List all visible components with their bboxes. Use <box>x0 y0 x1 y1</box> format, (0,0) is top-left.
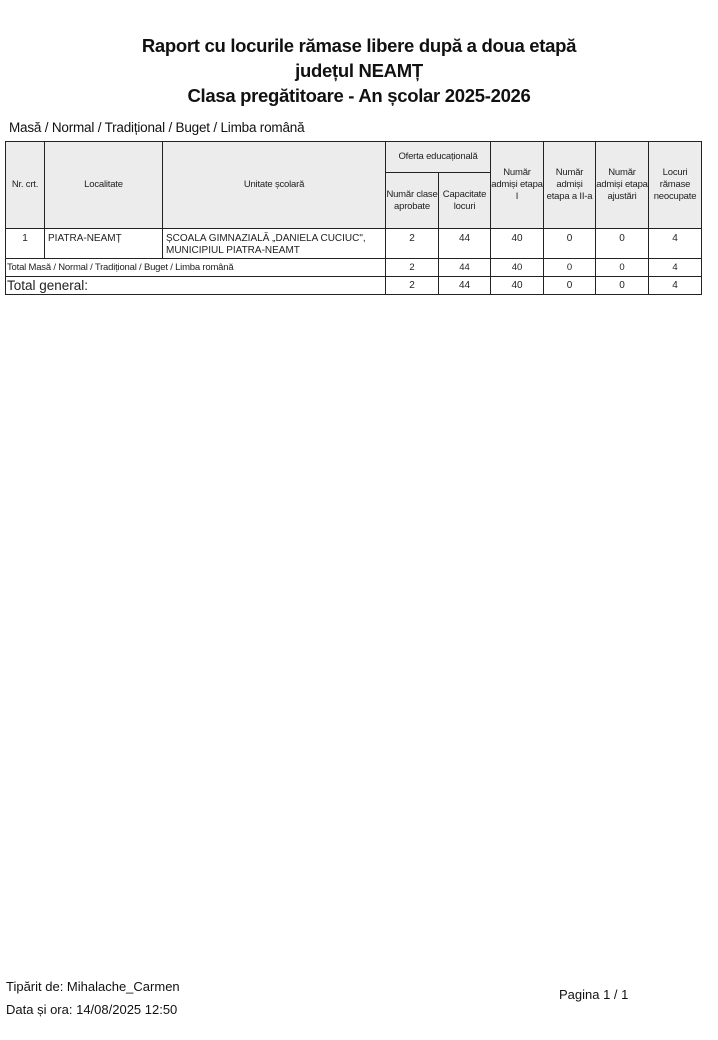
group-total-numar-clase: 2 <box>386 259 439 277</box>
general-total-admisi-etapa-2: 0 <box>544 277 596 295</box>
cell-capacitate: 44 <box>439 229 491 259</box>
page-number: Pagina 1 / 1 <box>559 987 628 1002</box>
general-total-locuri-ramase: 4 <box>649 277 702 295</box>
header-oferta-educationala: Oferta educațională <box>386 142 491 173</box>
general-total-label: Total general: <box>6 277 386 295</box>
group-total-admisi-ajustari: 0 <box>596 259 649 277</box>
header-numar-clase: Număr clase aprobate <box>386 173 439 229</box>
footer-print-info: Tipărit de: Mihalache_Carmen Data și ora… <box>6 975 180 1021</box>
cell-localitate: PIATRA-NEAMȚ <box>45 229 163 259</box>
cell-numar-clase: 2 <box>386 229 439 259</box>
group-total-locuri-ramase: 4 <box>649 259 702 277</box>
header-localitate: Localitate <box>45 142 163 229</box>
group-total-row: Total Masă / Normal / Tradițional / Buge… <box>6 259 702 277</box>
header-admisi-etapa-1: Număr admiși etapa I <box>491 142 544 229</box>
table-row: 1 PIATRA-NEAMȚ ȘCOALA GIMNAZIALĂ „DANIEL… <box>6 229 702 259</box>
general-total-numar-clase: 2 <box>386 277 439 295</box>
general-total-admisi-ajustari: 0 <box>596 277 649 295</box>
cell-admisi-etapa-2: 0 <box>544 229 596 259</box>
header-row-1: Nr. crt. Localitate Unitate școlară Ofer… <box>6 142 702 173</box>
general-total-row: Total general: 2 44 40 0 0 4 <box>6 277 702 295</box>
group-label: Masă / Normal / Tradițional / Buget / Li… <box>9 120 304 135</box>
header-capacitate: Capacitate locuri <box>439 173 491 229</box>
group-total-admisi-etapa-2: 0 <box>544 259 596 277</box>
cell-locuri-ramase: 4 <box>649 229 702 259</box>
report-title: Raport cu locurile rămase libere după a … <box>0 33 718 108</box>
header-admisi-etapa-2: Număr admiși etapa a II-a <box>544 142 596 229</box>
general-total-admisi-etapa-1: 40 <box>491 277 544 295</box>
print-datetime: Data și ora: 14/08/2025 12:50 <box>6 998 180 1021</box>
cell-unitate-scolara: ȘCOALA GIMNAZIALĂ „DANIELA CUCIUC", MUNI… <box>163 229 386 259</box>
header-locuri-ramase: Locuri rămase neocupate <box>649 142 702 229</box>
header-unitate-scolara: Unitate școlară <box>163 142 386 229</box>
cell-nr-crt: 1 <box>6 229 45 259</box>
title-line-1: Raport cu locurile rămase libere după a … <box>0 33 718 58</box>
group-total-label: Total Masă / Normal / Tradițional / Buge… <box>6 259 386 277</box>
header-admisi-ajustari: Număr admiși etapa ajustări <box>596 142 649 229</box>
report-table: Nr. crt. Localitate Unitate școlară Ofer… <box>5 141 702 295</box>
title-line-2: județul NEAMȚ <box>0 58 718 83</box>
cell-admisi-ajustari: 0 <box>596 229 649 259</box>
header-nr-crt: Nr. crt. <box>6 142 45 229</box>
group-total-capacitate: 44 <box>439 259 491 277</box>
general-total-capacitate: 44 <box>439 277 491 295</box>
printed-by: Tipărit de: Mihalache_Carmen <box>6 975 180 998</box>
title-line-3: Clasa pregătitoare - An școlar 2025-2026 <box>0 83 718 108</box>
group-total-admisi-etapa-1: 40 <box>491 259 544 277</box>
cell-admisi-etapa-1: 40 <box>491 229 544 259</box>
